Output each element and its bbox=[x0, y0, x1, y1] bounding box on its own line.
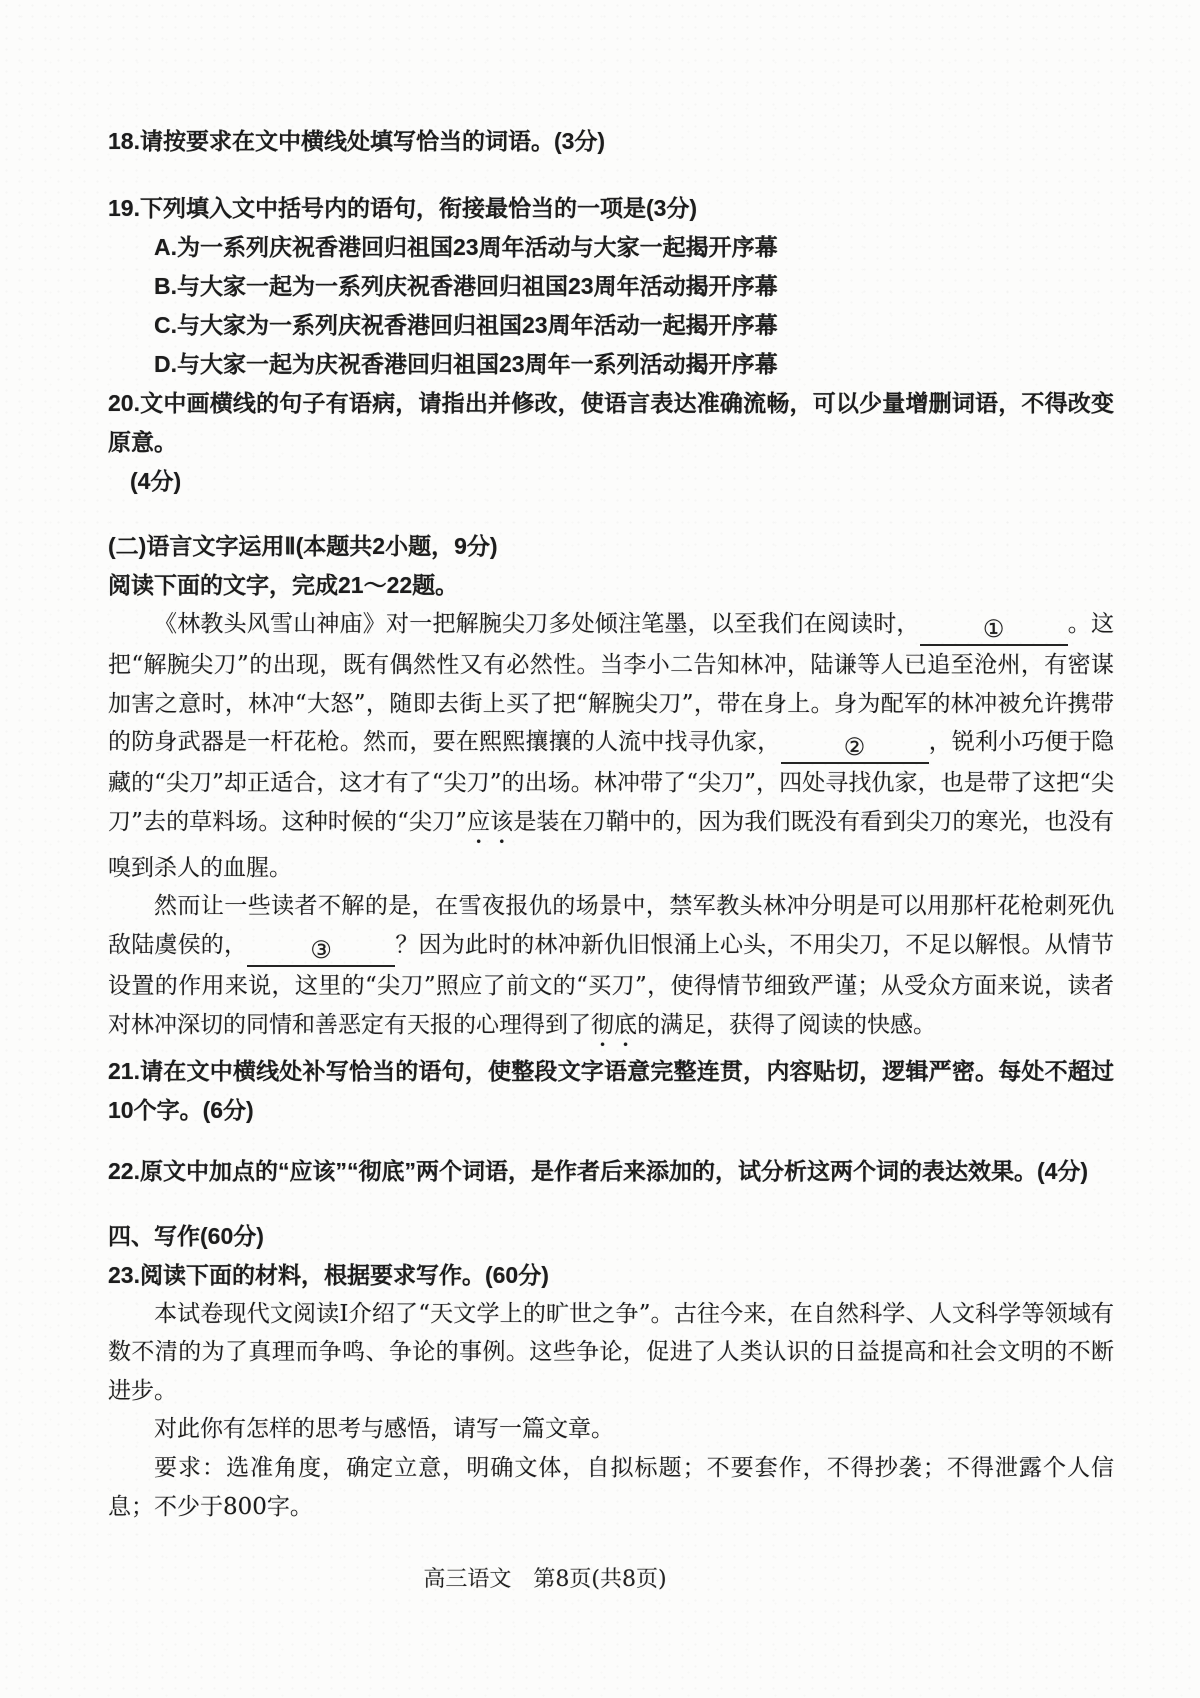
dotted-emphasis-word: 应该 bbox=[467, 809, 513, 835]
q19-option-a: A.为一系列庆祝香港回归祖国23周年活动与大家一起揭开序幕 bbox=[108, 228, 1114, 267]
question-20-score: (4分) bbox=[108, 462, 1114, 501]
fill-in-blank-2: ② bbox=[781, 733, 929, 764]
page-footer: 高三语文 第8页(共8页) bbox=[0, 1562, 1200, 1593]
question-18: 18.请按要求在文中横线处填写恰当的词语。(3分) bbox=[108, 122, 1114, 161]
material-paragraph-1: 本试卷现代文阅读Ⅰ介绍了“天文学上的旷世之争”。古往今来，在自然科学、人文科学等… bbox=[108, 1295, 1114, 1411]
exam-page: 18.请按要求在文中横线处填写恰当的词语。(3分) 19.下列填入文中括号内的语… bbox=[0, 0, 1200, 1698]
section-heading-language-use-2: (二)语言文字运用Ⅱ(本题共2小题，9分) bbox=[108, 527, 1114, 566]
question-20-stem: 20.文中画横线的句子有语病，请指出并修改，使语言表达准确流畅，可以少量增删词语… bbox=[108, 384, 1114, 462]
material-paragraph-3: 要求：选准角度，确定立意，明确文体，自拟标题；不要套作，不得抄袭；不得泄露个人信… bbox=[108, 1449, 1114, 1526]
q19-option-c: C.与大家为一系列庆祝香港回归祖国23周年活动一起揭开序幕 bbox=[108, 306, 1114, 345]
question-21: 21.请在文中横线处补写恰当的语句，使整段文字语意完整连贯，内容贴切，逻辑严密。… bbox=[108, 1052, 1114, 1130]
material-paragraph-2: 对此你有怎样的思考与感悟，请写一篇文章。 bbox=[108, 1410, 1114, 1449]
page-footer-text: 高三语文 第8页(共8页) bbox=[423, 1562, 666, 1593]
dotted-emphasis-word: 彻底 bbox=[591, 1012, 637, 1038]
question-23-stem: 23.阅读下面的材料，根据要求写作。(60分) bbox=[108, 1256, 1114, 1295]
exam-content: 18.请按要求在文中横线处填写恰当的词语。(3分) 19.下列填入文中括号内的语… bbox=[0, 0, 1200, 1526]
passage-paragraph-1: 《林教头风雪山神庙》对一把解腕尖刀多处倾注笔墨，以至我们在阅读时，①。这把“解腕… bbox=[108, 605, 1114, 887]
question-19-stem: 19.下列填入文中括号内的语句，衔接最恰当的一项是(3分) bbox=[108, 189, 1114, 228]
q19-option-b: B.与大家一起为一系列庆祝香港回归祖国23周年活动揭开序幕 bbox=[108, 267, 1114, 306]
section-heading-writing: 四、写作(60分) bbox=[108, 1217, 1114, 1256]
fill-in-blank-1: ① bbox=[920, 615, 1068, 646]
q19-option-d: D.与大家一起为庆祝香港回归祖国23周年一系列活动揭开序幕 bbox=[108, 345, 1114, 384]
reading-instruction: 阅读下面的文字，完成21～22题。 bbox=[108, 566, 1114, 605]
question-22: 22.原文中加点的“应该”“彻底”两个词语，是作者后来添加的，试分析这两个词的表… bbox=[108, 1152, 1114, 1191]
fill-in-blank-3: ③ bbox=[247, 936, 395, 967]
passage-paragraph-2: 然而让一些读者不解的是，在雪夜报仇的场景中，禁军教头林冲分明是可以用那杆花枪刺死… bbox=[108, 887, 1114, 1051]
